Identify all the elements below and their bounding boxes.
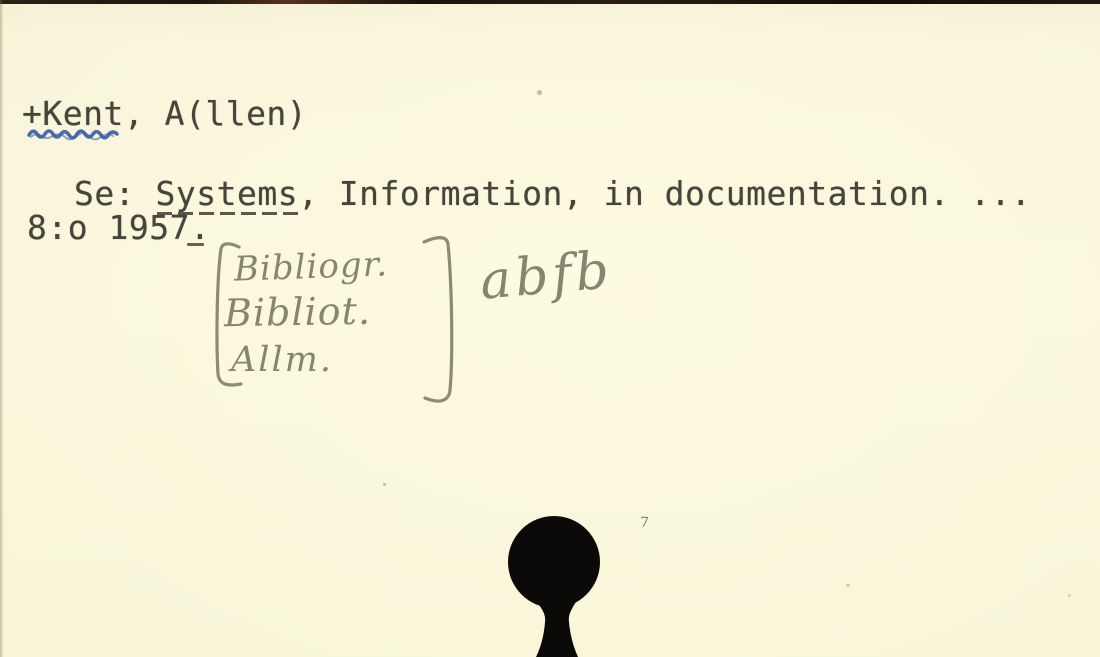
pencil-note-bibliogr: Bibliogr. xyxy=(233,247,388,286)
reference-line: Se: Systems, Information, in documentati… xyxy=(74,177,1031,210)
paper-speck xyxy=(1068,594,1071,597)
blue-underline-squiggle-icon xyxy=(26,124,122,144)
card-top-edge xyxy=(0,0,1100,4)
catalog-card: +Kent, A(llen) Se: Systems, Information,… xyxy=(0,0,1100,657)
stray-ink-mark: 7 xyxy=(640,515,650,531)
pencil-note-side-code: abfb xyxy=(478,244,615,307)
reference-rest: , Information, in documentation. ... xyxy=(298,174,1031,213)
format-line: 8:o 1957. xyxy=(27,211,210,244)
paper-speck xyxy=(537,90,542,95)
heading-rest: , A(llen) xyxy=(124,94,307,133)
card-left-edge xyxy=(0,0,4,657)
paper-speck xyxy=(383,483,386,486)
keyhole-punch-icon xyxy=(498,508,612,657)
pencil-note-allm: Allm. xyxy=(231,343,333,378)
paper-speck xyxy=(846,584,850,587)
pencil-note-bibliot: Bibliot. xyxy=(224,292,372,333)
